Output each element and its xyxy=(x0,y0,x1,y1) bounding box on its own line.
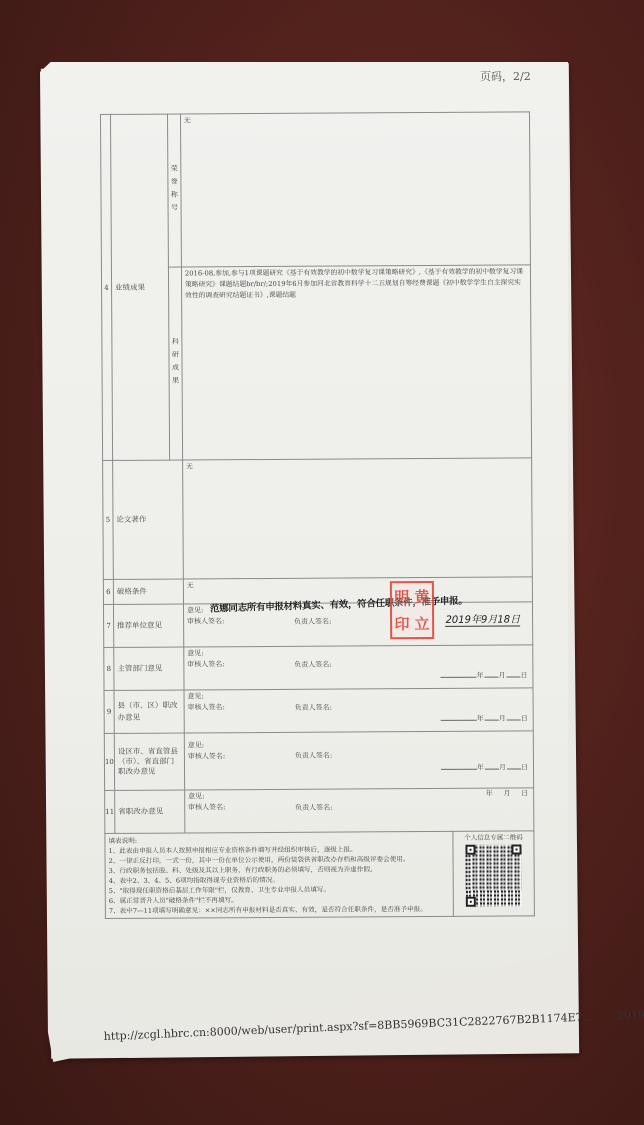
recommending-unit-opinion: 意见: 审核人签名: 负责人签名: 范娜同志所有申报材料真实、有效，符合任职条件… xyxy=(183,602,532,647)
form-row-achievements-honors: 4 业绩成果 荣誉称号 无 xyxy=(101,112,531,268)
filling-instructions: 填表说明: 1、此表由申报人员本人按照申报相应专业资格条件填写并经组织审核后，逐… xyxy=(105,831,454,918)
instruction-item: 7、表中7—11项填写明确意见：××同志所有申报材料是否真实、有效，是否符合任职… xyxy=(109,904,450,916)
qr-code-label: 个人信息专属二维码 xyxy=(456,832,530,841)
reviewer-signature-label: 审核人签名: xyxy=(188,700,530,713)
honors-content: 无 xyxy=(180,112,530,267)
principal-signature-label: 负责人签名: xyxy=(295,703,332,714)
seal-char: 明 xyxy=(392,583,412,610)
red-seal-stamp: 明 黄 印 立 xyxy=(390,581,434,639)
qr-code-cell: 个人信息专属二维码 xyxy=(453,831,535,916)
seal-char: 印 xyxy=(392,610,412,637)
row-number: 11 xyxy=(105,790,115,833)
principal-signature-label: 负责人签名: xyxy=(294,617,331,628)
row-label: 县（市、区）职改办意见 xyxy=(114,690,184,733)
principal-signature-label: 负责人签名: xyxy=(295,751,332,762)
form-row-competent-department: 8 主管部门意见 意见: 审核人签名: 负责人签名: 年月日 xyxy=(104,645,533,691)
application-form-table: 4 业绩成果 荣誉称号 无 科研成果 2016-08,参加,参与1项课题研究《基… xyxy=(100,111,535,919)
form-row-papers: 5 论文著作 无 xyxy=(103,458,533,580)
form-row-recommending-unit: 7 推荐单位意见 意见: 审核人签名: 负责人签名: 范娜同志所有申报材料真实、… xyxy=(103,602,532,648)
date-blank: 年 月 日 xyxy=(486,788,529,799)
form-row-provincial-office: 11 省职改办意见 意见: 审核人签名: 负责人签名: 年 月 日 xyxy=(105,788,534,834)
principal-signature-label: 负责人签名: xyxy=(295,803,332,814)
handwritten-date: 2019年9月18日 xyxy=(446,614,521,626)
qr-code-icon xyxy=(465,844,521,906)
seal-char: 黄 xyxy=(412,583,432,610)
city-office-opinion: 意见: 审核人签名: 负责人签名: 年月日 xyxy=(184,731,533,790)
row-label: 主管部门意见 xyxy=(114,647,184,690)
reviewer-signature-label: 审核人签名: xyxy=(188,800,530,813)
provincial-office-opinion: 意见: 审核人签名: 负责人签名: 年 月 日 xyxy=(185,788,534,833)
row-number: 7 xyxy=(103,604,113,647)
sub-label-honors: 荣誉称号 xyxy=(167,114,181,267)
reviewer-signature-label: 审核人签名: xyxy=(187,657,529,670)
form-row-county-office: 9 县（市、区）职改办意见 意见: 审核人签名: 负责人签名: 年月日 xyxy=(104,688,533,734)
county-office-opinion: 意见: 审核人签名: 负责人签名: 年月日 xyxy=(184,688,533,733)
reviewer-signature-label: 审核人签名: xyxy=(188,749,530,762)
row-label: 业绩成果 xyxy=(110,114,169,460)
row-label: 设区市、省直管县（市）、省直部门职改办意见 xyxy=(114,733,184,790)
row-label: 论文著作 xyxy=(113,460,184,579)
date-blank: 年月日 xyxy=(440,670,528,682)
row-number: 8 xyxy=(104,647,114,690)
print-date: 2019/9/20 xyxy=(617,1007,644,1022)
row-label: 省职改办意见 xyxy=(115,790,185,833)
row-label: 推荐单位意见 xyxy=(113,604,183,647)
row-number: 10 xyxy=(104,733,114,790)
papers-content: 无 xyxy=(183,458,533,579)
form-notes-row: 填表说明: 1、此表由申报人员本人按照申报相应专业资格条件填写并经组织审核后，逐… xyxy=(105,831,535,919)
row-number: 6 xyxy=(103,579,113,604)
row-label: 破格条件 xyxy=(113,579,183,604)
date-blank: 年月日 xyxy=(441,762,529,774)
date-blank: 年月日 xyxy=(441,713,529,725)
principal-signature-label: 负责人签名: xyxy=(294,660,331,671)
competent-department-opinion: 意见: 审核人签名: 负责人签名: 年月日 xyxy=(184,645,533,690)
form-row-city-office: 10 设区市、省直管县（市）、省直部门职改办意见 意见: 审核人签名: 负责人签… xyxy=(104,731,533,791)
row-number: 9 xyxy=(104,690,114,733)
sub-label-research: 科研成果 xyxy=(168,267,182,460)
seal-char: 立 xyxy=(412,610,432,637)
research-content: 2016-08,参加,参与1项课题研究《基于有效教学的初中数学复习课策略研究》,… xyxy=(181,265,531,460)
page-number: 页码，2/2 xyxy=(480,68,531,84)
